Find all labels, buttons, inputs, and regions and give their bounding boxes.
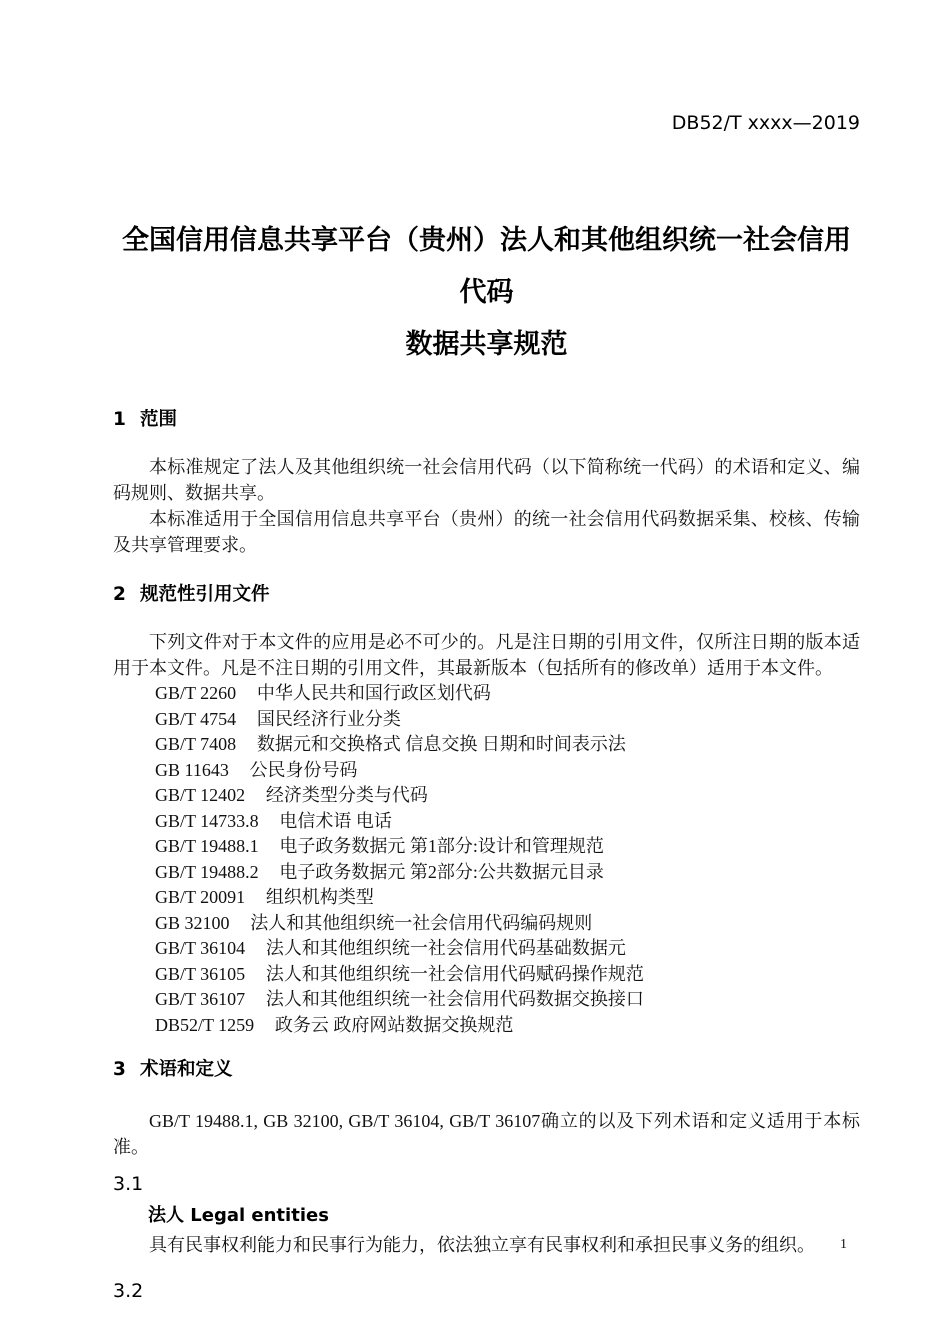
reference-code: GB/T 4754 xyxy=(155,709,236,729)
reference-code: GB/T 2260 xyxy=(155,683,236,703)
reference-code: GB/T 19488.1 xyxy=(155,836,259,856)
reference-item: GB/T 20091组织机构类型 xyxy=(155,885,860,911)
reference-item: GB/T 19488.1电子政务数据元 第1部分:设计和管理规范 xyxy=(155,834,860,860)
reference-code: DB52/T 1259 xyxy=(155,1015,254,1035)
reference-item: GB/T 7408数据元和交换格式 信息交换 日期和时间表示法 xyxy=(155,732,860,758)
reference-title: 政务云 政府网站数据交换规范 xyxy=(275,1015,514,1035)
reference-title: 电子政务数据元 第2部分:公共数据元目录 xyxy=(279,862,604,882)
scope-paragraph: 本标准适用于全国信用信息共享平台（贵州）的统一社会信用代码数据采集、校核、传输及… xyxy=(113,506,860,558)
reference-code: GB/T 20091 xyxy=(155,887,245,907)
document-page: DB52/T xxxx—2019 全国信用信息共享平台（贵州）法人和其他组织统一… xyxy=(0,0,950,1344)
term-name: 法人 Legal entities xyxy=(148,1204,860,1228)
reference-title: 法人和其他组织统一社会信用代码赋码操作规范 xyxy=(266,964,644,984)
reference-title: 法人和其他组织统一社会信用代码数据交换接口 xyxy=(266,989,644,1009)
page-number: 1 xyxy=(840,1236,847,1254)
reference-title: 数据元和交换格式 信息交换 日期和时间表示法 xyxy=(257,734,626,754)
reference-item: GB/T 12402经济类型分类与代码 xyxy=(155,783,860,809)
reference-title: 法人和其他组织统一社会信用代码基础数据元 xyxy=(266,938,626,958)
section-heading-terms: 3术语和定义 xyxy=(113,1058,860,1081)
reference-item: GB/T 36107法人和其他组织统一社会信用代码数据交换接口 xyxy=(155,987,860,1013)
terms-intro-paragraph: GB/T 19488.1, GB 32100, GB/T 36104, GB/T… xyxy=(113,1108,860,1160)
reference-title: 电子政务数据元 第1部分:设计和管理规范 xyxy=(279,836,604,856)
reference-item: GB/T 36104法人和其他组织统一社会信用代码基础数据元 xyxy=(155,936,860,962)
clause-number-3-2: 3.2 xyxy=(113,1280,860,1303)
reference-title: 公民身份号码 xyxy=(250,760,358,780)
reference-title: 国民经济行业分类 xyxy=(257,709,401,729)
reference-item: GB/T 36105法人和其他组织统一社会信用代码赋码操作规范 xyxy=(155,962,860,988)
reference-title: 组织机构类型 xyxy=(266,887,374,907)
reference-title: 经济类型分类与代码 xyxy=(266,785,428,805)
section-number: 2 xyxy=(113,583,140,606)
reference-code: GB/T 36105 xyxy=(155,964,245,984)
section-number: 1 xyxy=(113,408,140,431)
reference-code: GB/T 36104 xyxy=(155,938,245,958)
reference-code: GB/T 12402 xyxy=(155,785,245,805)
clause-number-3-1: 3.1 xyxy=(113,1173,860,1196)
reference-item: GB 11643公民身份号码 xyxy=(155,758,860,784)
reference-code: GB 11643 xyxy=(155,760,229,780)
reference-item: GB 32100法人和其他组织统一社会信用代码编码规则 xyxy=(155,911,860,937)
reference-item: GB/T 4754国民经济行业分类 xyxy=(155,707,860,733)
reference-item: DB52/T 1259政务云 政府网站数据交换规范 xyxy=(155,1013,860,1039)
references-intro-paragraph: 下列文件对于本文件的应用是必不可少的。凡是注日期的引用文件，仅所注日期的版本适用… xyxy=(113,629,860,681)
section-title: 范围 xyxy=(140,409,177,430)
reference-code: GB/T 7408 xyxy=(155,734,236,754)
document-title: 全国信用信息共享平台（贵州）法人和其他组织统一社会信用代码 数据共享规范 xyxy=(113,215,860,371)
section-heading-normative-references: 2规范性引用文件 xyxy=(113,583,860,606)
reference-title: 中华人民共和国行政区划代码 xyxy=(257,683,491,703)
section-number: 3 xyxy=(113,1058,140,1081)
document-code-header: DB52/T xxxx—2019 xyxy=(113,112,860,135)
section-title: 术语和定义 xyxy=(140,1059,233,1080)
reference-list: GB/T 2260中华人民共和国行政区划代码 GB/T 4754国民经济行业分类… xyxy=(113,681,860,1038)
section-title: 规范性引用文件 xyxy=(140,584,270,605)
reference-title: 法人和其他组织统一社会信用代码编码规则 xyxy=(250,913,592,933)
reference-code: GB/T 14733.8 xyxy=(155,811,259,831)
reference-title: 电信术语 电话 xyxy=(279,811,392,831)
document-title-line2: 数据共享规范 xyxy=(113,319,860,371)
reference-item: GB/T 19488.2电子政务数据元 第2部分:公共数据元目录 xyxy=(155,860,860,886)
reference-code: GB 32100 xyxy=(155,913,230,933)
reference-code: GB/T 19488.2 xyxy=(155,862,259,882)
reference-code: GB/T 36107 xyxy=(155,989,245,1009)
reference-item: GB/T 14733.8电信术语 电话 xyxy=(155,809,860,835)
section-heading-scope: 1范围 xyxy=(113,408,860,431)
scope-paragraph: 本标准规定了法人及其他组织统一社会信用代码（以下简称统一代码）的术语和定义、编码… xyxy=(113,454,860,506)
term-definition: 具有民事权利能力和民事行为能力，依法独立享有民事权利和承担民事义务的组织。 xyxy=(113,1232,860,1258)
document-title-line1: 全国信用信息共享平台（贵州）法人和其他组织统一社会信用代码 xyxy=(113,215,860,319)
reference-item: GB/T 2260中华人民共和国行政区划代码 xyxy=(155,681,860,707)
